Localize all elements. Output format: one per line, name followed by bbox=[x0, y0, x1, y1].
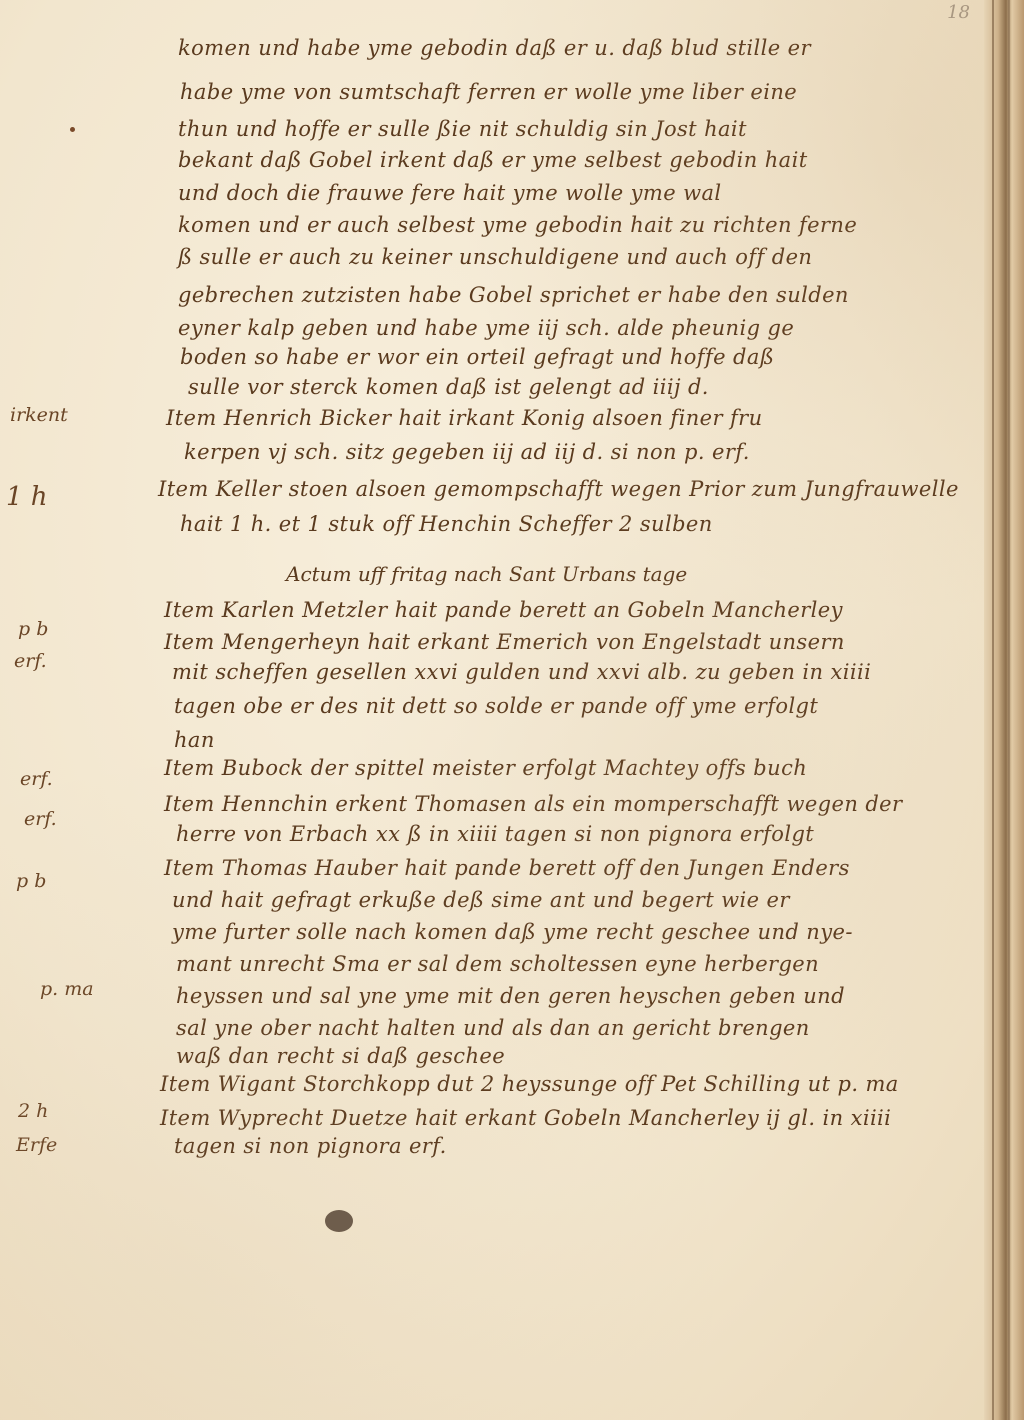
margin-note: 1 h bbox=[6, 482, 48, 512]
entry-line: Item Karlen Metzler hait pande berett an… bbox=[164, 598, 843, 622]
text-line: hait 1 h. et 1 stuk off Henchin Scheffer… bbox=[180, 512, 713, 536]
entry-line: Item Mengerheyn hait erkant Emerich von … bbox=[164, 630, 845, 654]
text-line: boden so habe er wor ein orteil gefragt … bbox=[180, 345, 774, 369]
text-line: bekant daß Gobel irkent daß er yme selbe… bbox=[178, 148, 808, 172]
text-line: gebrechen zutzisten habe Gobel sprichet … bbox=[178, 283, 849, 307]
entry-line: und hait gefragt erkuße deß sime ant und… bbox=[172, 888, 790, 912]
margin-note: erf. bbox=[24, 808, 57, 830]
ink-stain bbox=[325, 1210, 353, 1232]
entry-line: herre von Erbach xx ß in xiiii tagen si … bbox=[176, 822, 814, 846]
entry-line: heyssen und sal yne yme mit den geren he… bbox=[176, 984, 845, 1008]
margin-note: p b bbox=[16, 870, 46, 892]
entry-line: waß dan recht si daß geschee bbox=[176, 1044, 505, 1068]
text-line: Item Keller stoen alsoen gemompschafft w… bbox=[158, 477, 959, 501]
entry-line: Item Hennchin erkent Thomasen als ein mo… bbox=[164, 792, 902, 816]
text-line: komen und er auch selbest yme gebodin ha… bbox=[178, 213, 857, 237]
margin-note: irkent bbox=[10, 404, 68, 426]
entry-line: mit scheffen gesellen xxvi gulden und xx… bbox=[172, 660, 871, 684]
entry-line: Item Wigant Storchkopp dut 2 heyssunge o… bbox=[160, 1072, 899, 1096]
margin-note: erf. bbox=[20, 768, 53, 790]
text-line: kerpen vj sch. sitz gegeben iij ad iij d… bbox=[184, 440, 750, 464]
text-line: Item Henrich Bicker hait irkant Konig al… bbox=[166, 406, 763, 430]
text-line: ß sulle er auch zu keiner unschuldigene … bbox=[178, 245, 812, 269]
text-line: eyner kalp geben und habe yme iij sch. a… bbox=[178, 316, 794, 340]
margin-note: 2 h bbox=[18, 1100, 48, 1122]
folio-number: 18 bbox=[947, 2, 970, 23]
entry-line: Item Wyprecht Duetze hait erkant Gobeln … bbox=[160, 1106, 891, 1130]
entry-line: tagen si non pignora erf. bbox=[174, 1134, 447, 1158]
page-edge bbox=[984, 0, 1024, 1420]
ink-dot bbox=[70, 127, 75, 132]
margin-note: p b bbox=[18, 618, 48, 640]
text-line: komen und habe yme gebodin daß er u. daß… bbox=[178, 36, 811, 60]
entry-line: sal yne ober nacht halten und als dan an… bbox=[176, 1016, 810, 1040]
text-line: thun und hoffe er sulle ßie nit schuldig… bbox=[178, 117, 747, 141]
page-edge-line bbox=[1008, 0, 1010, 1420]
margin-note: Erfe bbox=[16, 1134, 57, 1156]
text-line: habe yme von sumtschaft ferren er wolle … bbox=[180, 80, 797, 104]
section-heading: Actum uff fritag nach Sant Urbans tage bbox=[286, 562, 687, 586]
entry-line: yme furter solle nach komen daß yme rech… bbox=[172, 920, 853, 944]
entry-line: Item Thomas Hauber hait pande berett off… bbox=[164, 856, 850, 880]
margin-note: erf. bbox=[14, 650, 47, 672]
entry-line: Item Bubock der spittel meister erfolgt … bbox=[164, 756, 807, 780]
margin-note: p. ma bbox=[40, 978, 94, 1000]
entry-line: mant unrecht Sma er sal dem scholtessen … bbox=[176, 952, 819, 976]
manuscript-page: 18 komen und habe yme gebodin daß er u. … bbox=[0, 0, 1000, 1420]
entry-line: han bbox=[174, 728, 215, 752]
page-edge-line bbox=[992, 0, 994, 1420]
text-line: und doch die frauwe fere hait yme wolle … bbox=[178, 181, 722, 205]
text-line: sulle vor sterck komen daß ist gelengt a… bbox=[188, 375, 709, 399]
entry-line: tagen obe er des nit dett so solde er pa… bbox=[174, 694, 818, 718]
